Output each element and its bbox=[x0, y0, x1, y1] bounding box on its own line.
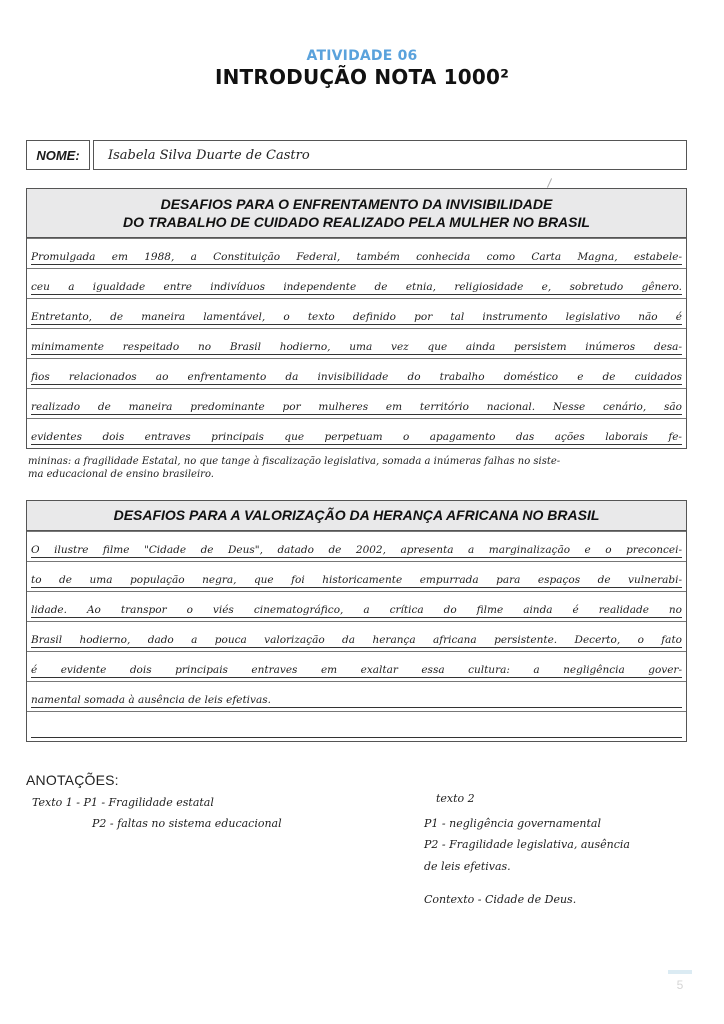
section2-title-box: DESAFIOS PARA A VALORIZAÇÃO DA HERANÇA A… bbox=[26, 500, 687, 531]
section2-writing-lines: O ilustre filme "Cidade de Deus", datado… bbox=[26, 531, 687, 742]
writing-line: é evidente dois principais entraves em e… bbox=[27, 651, 686, 681]
section2-title: DESAFIOS PARA A VALORIZAÇÃO DA HERANÇA A… bbox=[27, 506, 686, 524]
note-texto2-heading: texto 2 bbox=[436, 792, 475, 805]
handwritten-text: Brasil hodierno, dado a pouca valorizaçã… bbox=[31, 634, 682, 648]
writing-line: ceu a igualdade entre indivíduos indepen… bbox=[27, 268, 686, 298]
writing-line: minimamente respeitado no Brasil hodiern… bbox=[27, 328, 686, 358]
handwritten-text: ceu a igualdade entre indivíduos indepen… bbox=[31, 281, 682, 295]
name-label: NOME: bbox=[26, 140, 90, 170]
writing-line: Brasil hodierno, dado a pouca valorizaçã… bbox=[27, 621, 686, 651]
handwritten-text: lidade. Ao transpor o viés cinematográfi… bbox=[31, 604, 682, 618]
annotations-label: ANOTAÇÕES: bbox=[26, 772, 119, 788]
note-texto2-p2-line1: P2 - Fragilidade legislativa, ausência bbox=[424, 838, 630, 851]
note-texto1-p1: Texto 1 - P1 - Fragilidade estatal bbox=[32, 796, 214, 809]
note-texto1-p2: P2 - faltas no sistema educacional bbox=[92, 817, 282, 830]
writing-line: evidentes dois entraves principais que p… bbox=[27, 418, 686, 448]
writing-line: lidade. Ao transpor o viés cinematográfi… bbox=[27, 591, 686, 621]
section1-writing-lines: Promulgada em 1988, a Constituição Feder… bbox=[26, 238, 687, 449]
writing-line: Entretanto, de maneira lamentável, o tex… bbox=[27, 298, 686, 328]
section1-title-line1: DESAFIOS PARA O ENFRENTAMENTO DA INVISIB… bbox=[27, 195, 686, 213]
overflow-line: mininas: a fragilidade Estatal, no que t… bbox=[28, 455, 688, 468]
name-row: NOME: Isabela Silva Duarte de Castro bbox=[26, 140, 687, 170]
handwritten-text: to de uma população negra, que foi histo… bbox=[31, 574, 682, 588]
handwritten-text bbox=[31, 736, 682, 738]
writing-line: fios relacionados ao enfrentamento da in… bbox=[27, 358, 686, 388]
page-title: INTRODUÇÃO NOTA 1000² bbox=[0, 65, 724, 89]
writing-line: O ilustre filme "Cidade de Deus", datado… bbox=[27, 531, 686, 561]
writing-line: realizado de maneira predominante por mu… bbox=[27, 388, 686, 418]
writing-line bbox=[27, 711, 686, 741]
stamp-bar bbox=[668, 970, 692, 974]
handwritten-text: Entretanto, de maneira lamentável, o tex… bbox=[31, 311, 682, 325]
handwritten-text: namental somada à ausência de leis efeti… bbox=[31, 694, 682, 708]
section1-overflow-text: mininas: a fragilidade Estatal, no que t… bbox=[28, 455, 688, 481]
writing-line: Promulgada em 1988, a Constituição Feder… bbox=[27, 238, 686, 268]
handwritten-text: realizado de maneira predominante por mu… bbox=[31, 401, 682, 415]
stray-mark bbox=[547, 178, 552, 187]
activity-label: ATIVIDADE 06 bbox=[0, 48, 724, 64]
page-stamp: 5 bbox=[668, 970, 692, 1000]
handwritten-text: minimamente respeitado no Brasil hodiern… bbox=[31, 341, 682, 355]
handwritten-text: é evidente dois principais entraves em e… bbox=[31, 664, 682, 678]
handwritten-text: O ilustre filme "Cidade de Deus", datado… bbox=[31, 544, 682, 558]
note-texto2-p2-line2: de leis efetivas. bbox=[424, 860, 511, 873]
note-texto2-context: Contexto - Cidade de Deus. bbox=[424, 893, 576, 906]
name-field[interactable]: Isabela Silva Duarte de Castro bbox=[93, 140, 687, 170]
handwritten-text: evidentes dois entraves principais que p… bbox=[31, 431, 682, 445]
overflow-line: ma educacional de ensino brasileiro. bbox=[28, 468, 688, 481]
writing-line: to de uma população negra, que foi histo… bbox=[27, 561, 686, 591]
handwritten-text: Promulgada em 1988, a Constituição Feder… bbox=[31, 251, 682, 265]
stamp-glyph: 5 bbox=[668, 978, 692, 992]
handwritten-text: fios relacionados ao enfrentamento da in… bbox=[31, 371, 682, 385]
writing-line: namental somada à ausência de leis efeti… bbox=[27, 681, 686, 711]
note-texto2-p1: P1 - negligência governamental bbox=[424, 817, 601, 830]
section1-title-box: DESAFIOS PARA O ENFRENTAMENTO DA INVISIB… bbox=[26, 188, 687, 238]
page-header: ATIVIDADE 06 INTRODUÇÃO NOTA 1000² bbox=[0, 48, 724, 89]
section1-title-line2: DO TRABALHO DE CUIDADO REALIZADO PELA MU… bbox=[27, 213, 686, 231]
